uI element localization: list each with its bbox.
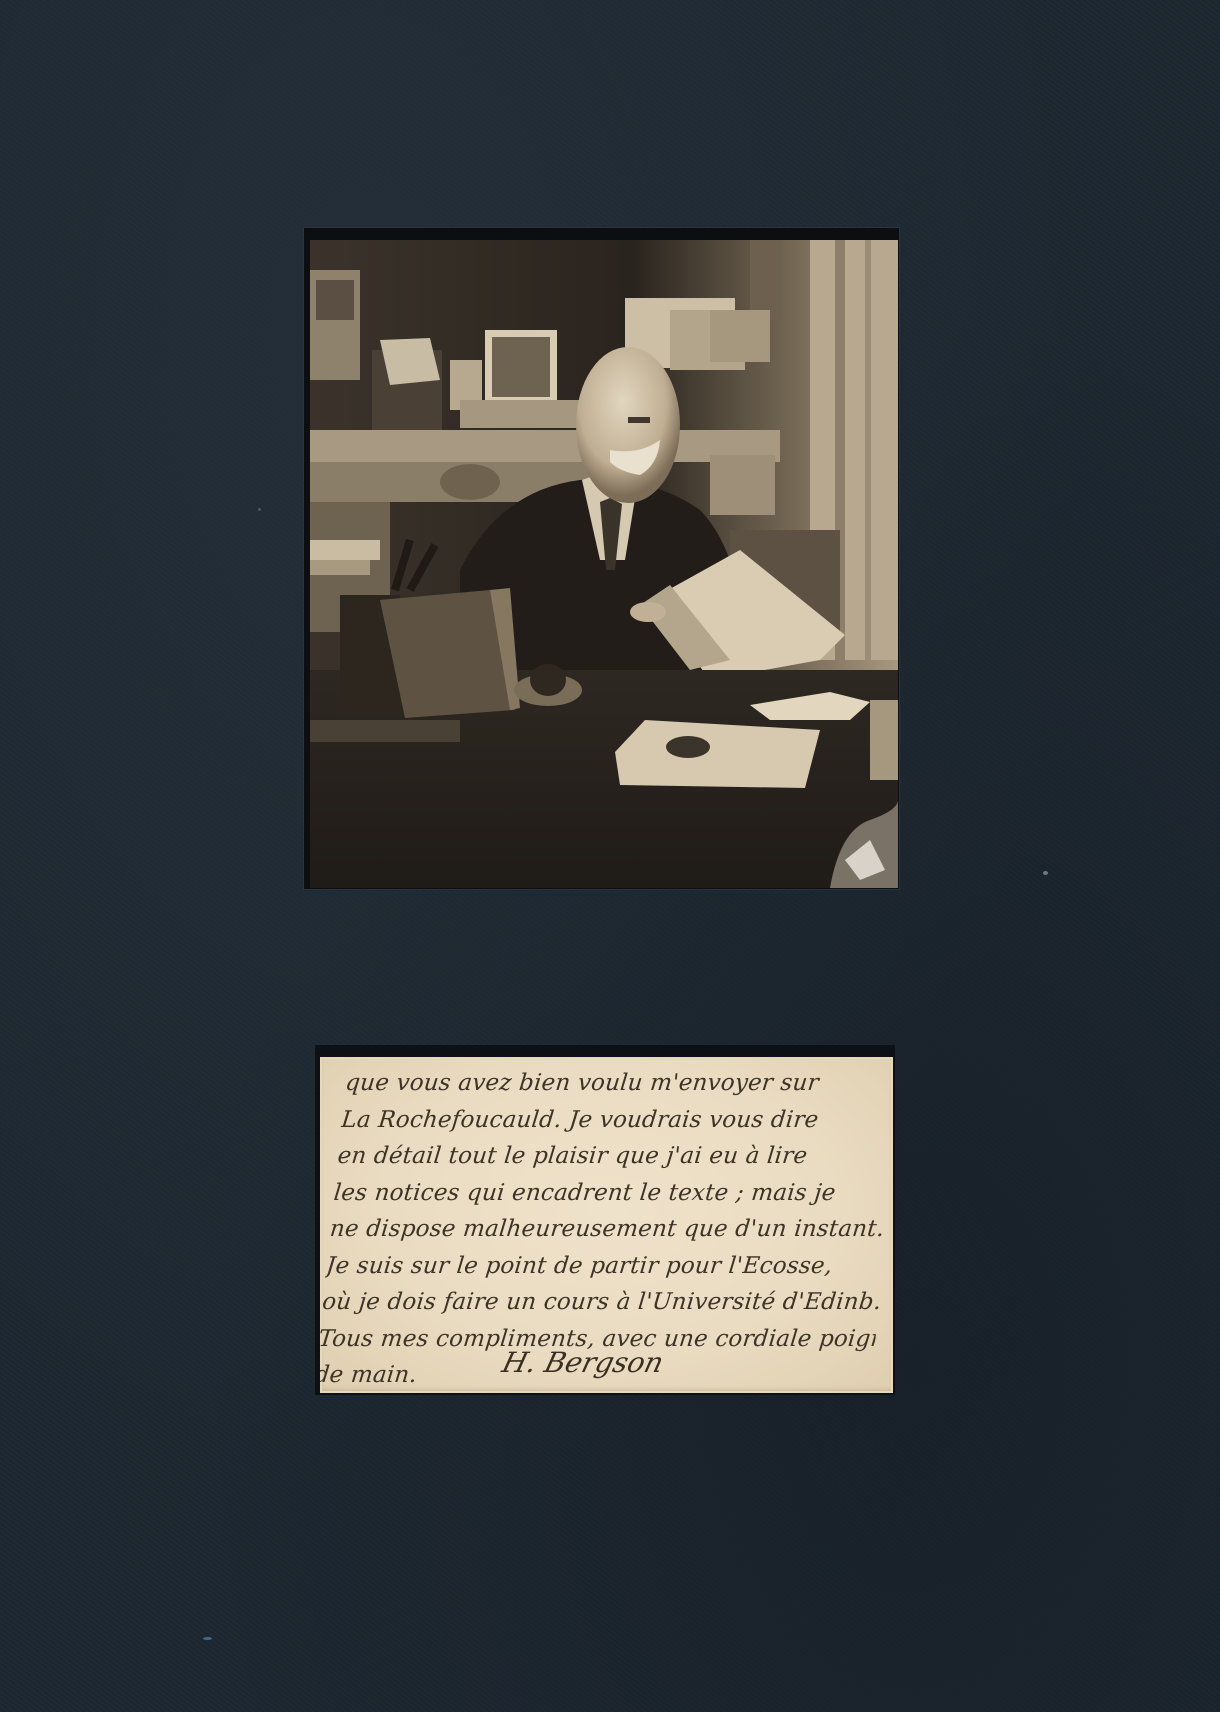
note-line: les notices qui encadrent le texte ; mai… <box>332 1175 893 1212</box>
note-line: Je suis sur le point de partir pour l'Ec… <box>324 1248 885 1285</box>
portrait-photo <box>310 240 898 888</box>
photo-window <box>303 227 900 890</box>
note-line: ne dispose malheureusement que d'un inst… <box>328 1211 889 1248</box>
dust-speck <box>203 1637 212 1640</box>
note-line: où je dois faire un cours à l'Université… <box>320 1284 881 1321</box>
note-line: en détail tout le plaisir que j'ai eu à … <box>336 1138 893 1175</box>
note-text: que vous avez bien voulu m'envoyer sur L… <box>320 1065 893 1393</box>
dust-speck <box>1043 871 1048 875</box>
handwritten-note: que vous avez bien voulu m'envoyer sur L… <box>320 1057 893 1393</box>
dust-speck <box>258 508 261 511</box>
note-line: que vous avez bien voulu m'envoyer sur <box>343 1065 893 1102</box>
signature: H. Bergson <box>499 1346 667 1379</box>
note-window: que vous avez bien voulu m'envoyer sur L… <box>315 1045 895 1395</box>
note-line: La Rochefoucauld. Je voudrais vous dire <box>340 1102 893 1139</box>
photograph <box>310 240 898 888</box>
